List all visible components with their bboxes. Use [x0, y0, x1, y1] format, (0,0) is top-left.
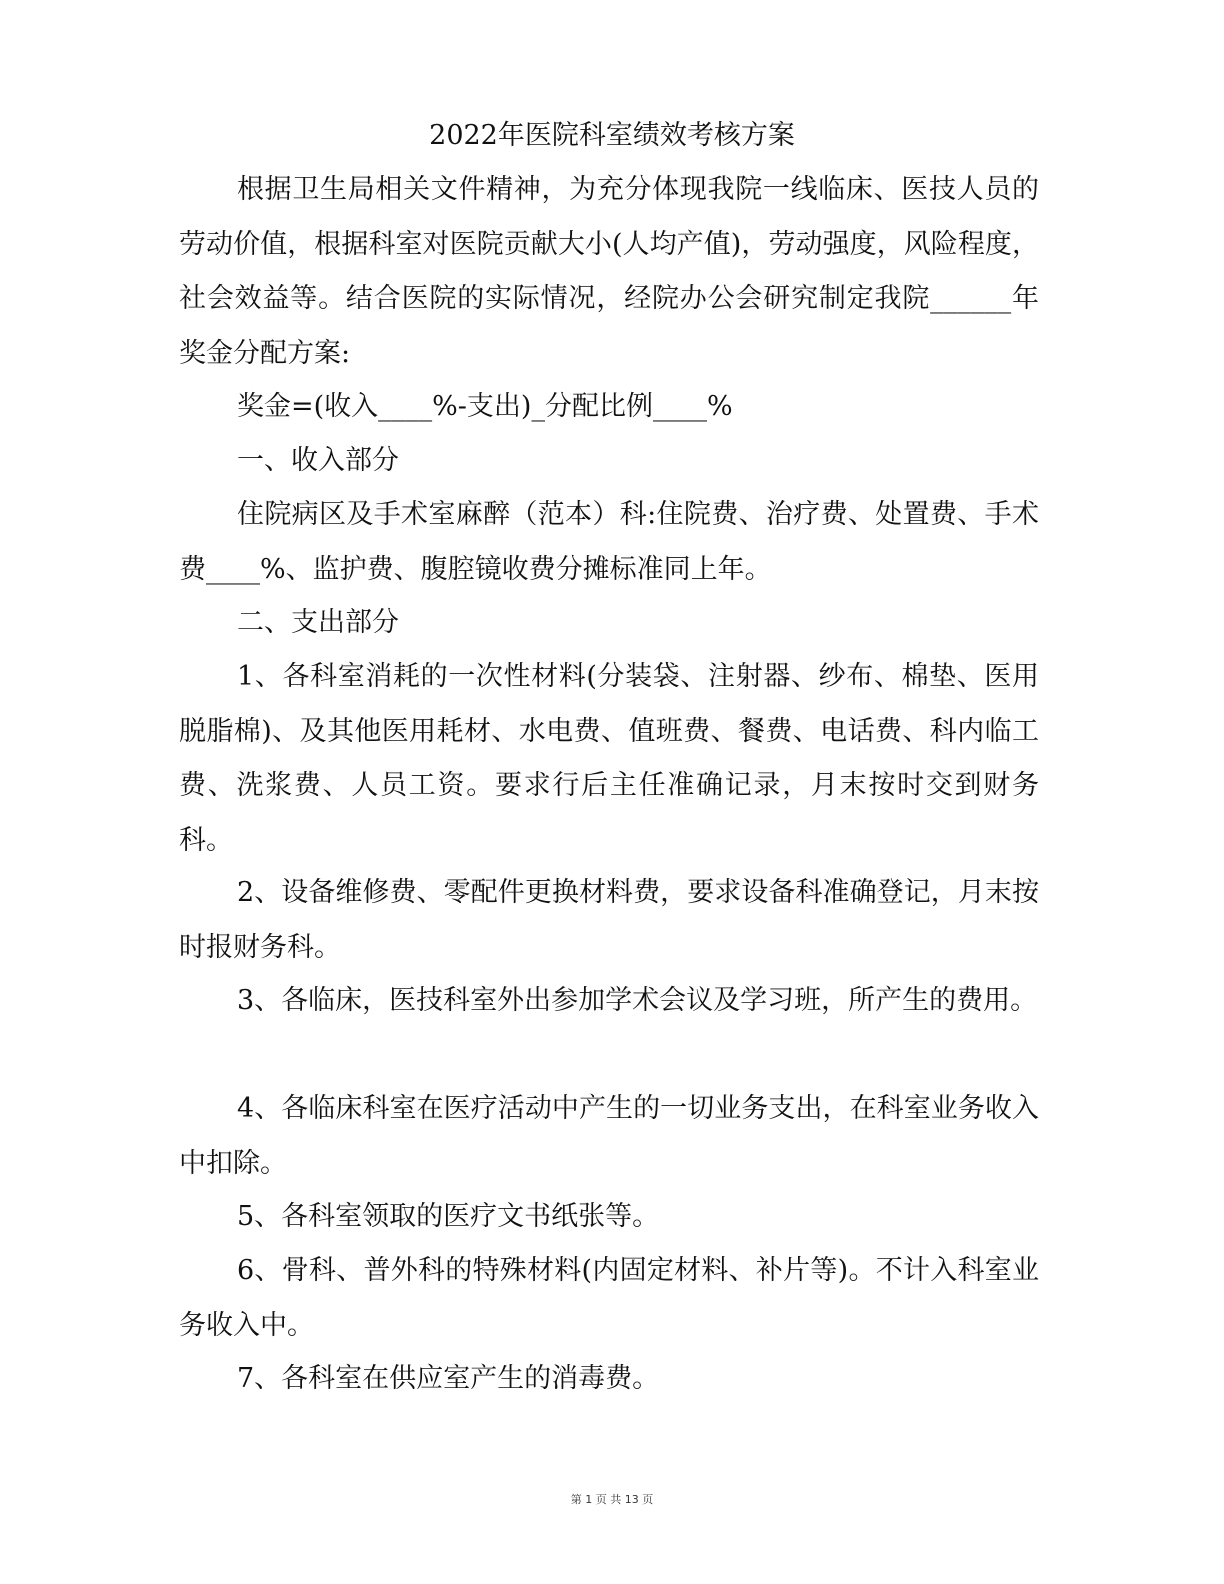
expense-item-7: 7、各科室在供应室产生的消毒费。	[179, 1352, 1039, 1407]
expense-item-3: 3、各临床，医技科室外出参加学术会议及学习班，所产生的费用。	[179, 974, 1039, 1029]
expense-item-4: 4、各临床科室在医疗活动中产生的一切业务支出，在科室业务收入中扣除。	[179, 1082, 1039, 1191]
expense-item-1: 1、各科室消耗的一次性材料(分装袋、注射器、纱布、棉垫、医用脱脂棉)、及其他医用…	[179, 650, 1039, 868]
section-heading-expense: 二、支出部分	[179, 596, 1039, 651]
expense-item-2: 2、设备维修费、零配件更换材料费，要求设备科准确登记，月末按时报财务科。	[179, 866, 1039, 975]
document-page: 2022年医院科室绩效考核方案 根据卫生局相关文件精神，为充分体现我院一线临床、…	[0, 0, 1224, 1584]
section-heading-income: 一、收入部分	[179, 434, 1039, 489]
bonus-formula: 奖金=(收入____%-支出)_分配比例____%	[179, 380, 1039, 435]
page-number: 第 1 页 共 13 页	[0, 1491, 1224, 1507]
income-paragraph: 住院病区及手术室麻醉（范本）科:住院费、治疗费、处置费、手术费____%、监护费…	[179, 488, 1039, 597]
intro-paragraph: 根据卫生局相关文件精神，为充分体现我院一线临床、医技人员的劳动价值，根据科室对医…	[179, 163, 1039, 381]
expense-item-5: 5、各科室领取的医疗文书纸张等。	[179, 1190, 1039, 1245]
expense-item-6: 6、骨科、普外科的特殊材料(内固定材料、补片等)。不计入科室业务收入中。	[179, 1244, 1039, 1353]
document-title: 2022年医院科室绩效考核方案	[0, 118, 1224, 154]
